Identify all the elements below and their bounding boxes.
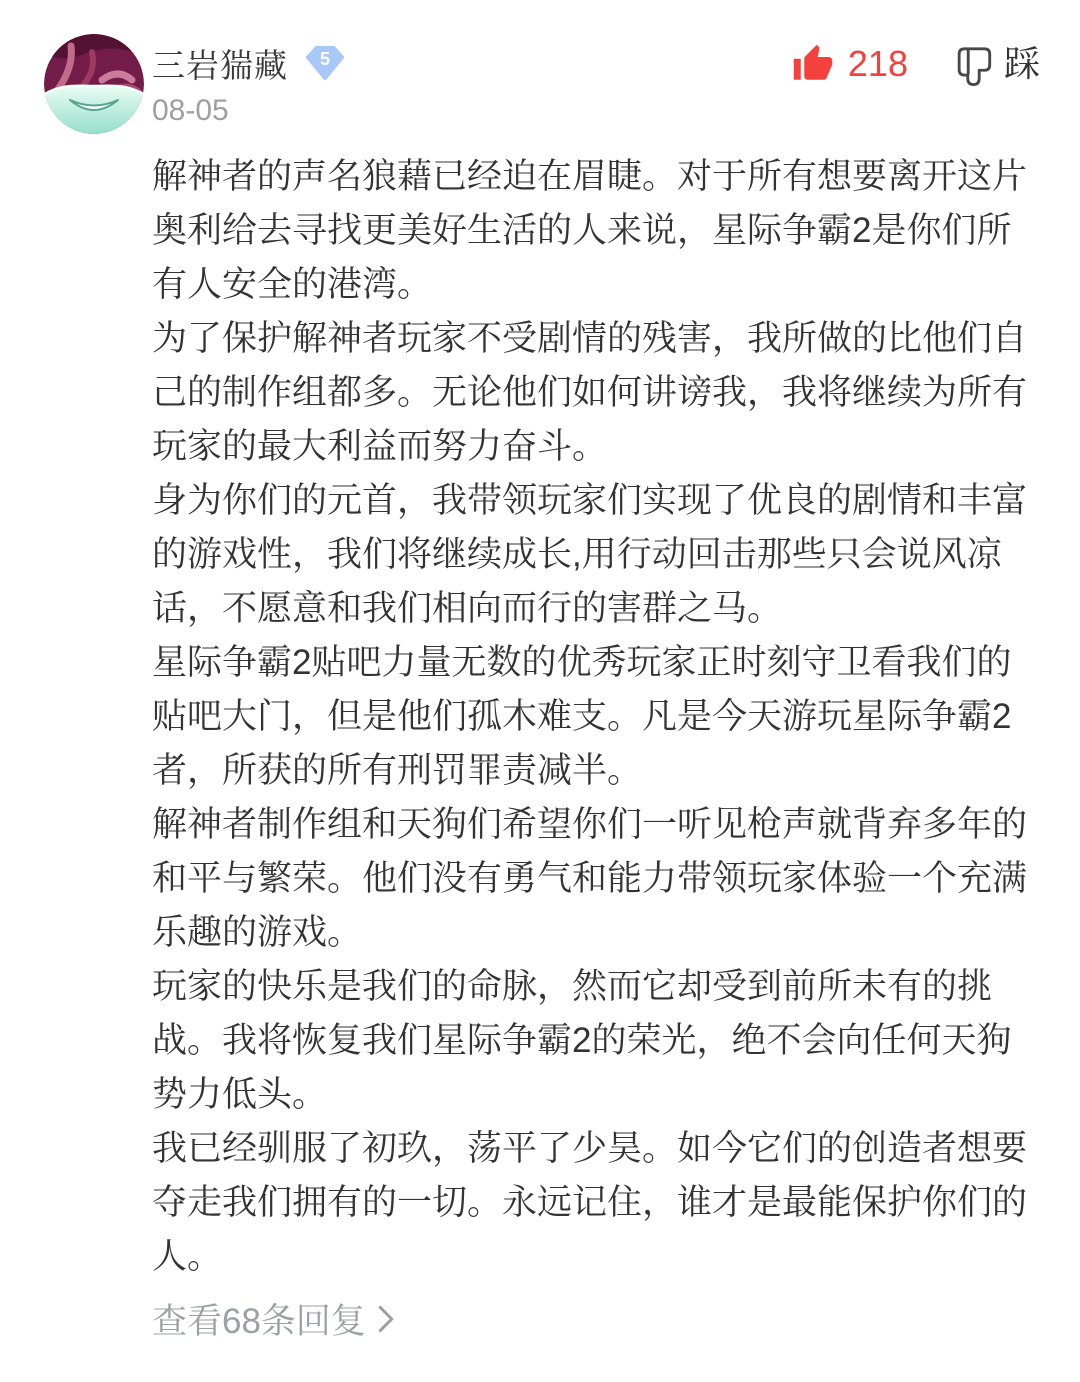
paragraph: 解神者制作组和天狗们希望你们一听见枪声就背弃多年的和平与繁荣。他们没有勇气和能力…: [152, 798, 1028, 960]
like-button[interactable]: 218: [792, 42, 908, 86]
chevron-right-icon: [376, 1304, 396, 1334]
comment-body-wrap: 解神者的声名狼藉已经迫在眉睫。对于所有想要离开这片奥利给去寻找更美好生活的人来说…: [0, 0, 1080, 1344]
thumb-down-icon: [952, 42, 994, 88]
paragraph: 身为你们的元首，我带领玩家们实现了优良的剧情和丰富的游戏性，我们将继续成长,用行…: [152, 474, 1028, 636]
paragraph: 解神者的声名狼藉已经迫在眉睫。对于所有想要离开这片奥利给去寻找更美好生活的人来说…: [152, 150, 1028, 312]
paragraph: 我已经驯服了初玖，荡平了少昊。如今它们的创造者想要夺走我们拥有的一切。永远记住，…: [152, 1122, 1028, 1284]
post-date: 08-05: [152, 94, 229, 128]
paragraph: 星际争霸2贴吧力量无数的优秀玩家正时刻守卫看我们的贴吧大门，但是他们孤木难支。凡…: [152, 636, 1028, 798]
dislike-button[interactable]: 踩: [952, 42, 1040, 88]
author-row: 三岩猯藏 5: [152, 40, 346, 86]
comment-body: 解神者的声名狼藉已经迫在眉睫。对于所有想要离开这片奥利给去寻找更美好生活的人来说…: [152, 150, 1028, 1284]
thumb-up-icon: [792, 43, 834, 85]
level-badge-number: 5: [320, 49, 330, 69]
actions-bar: 218 踩: [792, 42, 1040, 88]
view-replies-label: 查看68条回复: [152, 1294, 366, 1344]
paragraph: 玩家的快乐是我们的命脉，然而它却受到前所未有的挑战。我将恢复我们星际争霸2的荣光…: [152, 960, 1028, 1122]
view-replies-button[interactable]: 查看68条回复: [152, 1294, 1028, 1344]
comment-card: 三岩猯藏 5 08-05 218 踩 解神者的声名狼藉已经迫在眉睫。对于所有想要…: [0, 0, 1080, 1382]
like-count: 218: [848, 42, 908, 86]
paragraph: 为了保护解神者玩家不受剧情的残害，我所做的比他们自己的制作组都多。无论他们如何讲…: [152, 312, 1028, 474]
level-badge-icon: 5: [304, 44, 346, 82]
dislike-label: 踩: [1004, 42, 1040, 86]
avatar-image: [44, 34, 144, 134]
author-name[interactable]: 三岩猯藏: [152, 40, 288, 87]
avatar[interactable]: [44, 34, 144, 134]
